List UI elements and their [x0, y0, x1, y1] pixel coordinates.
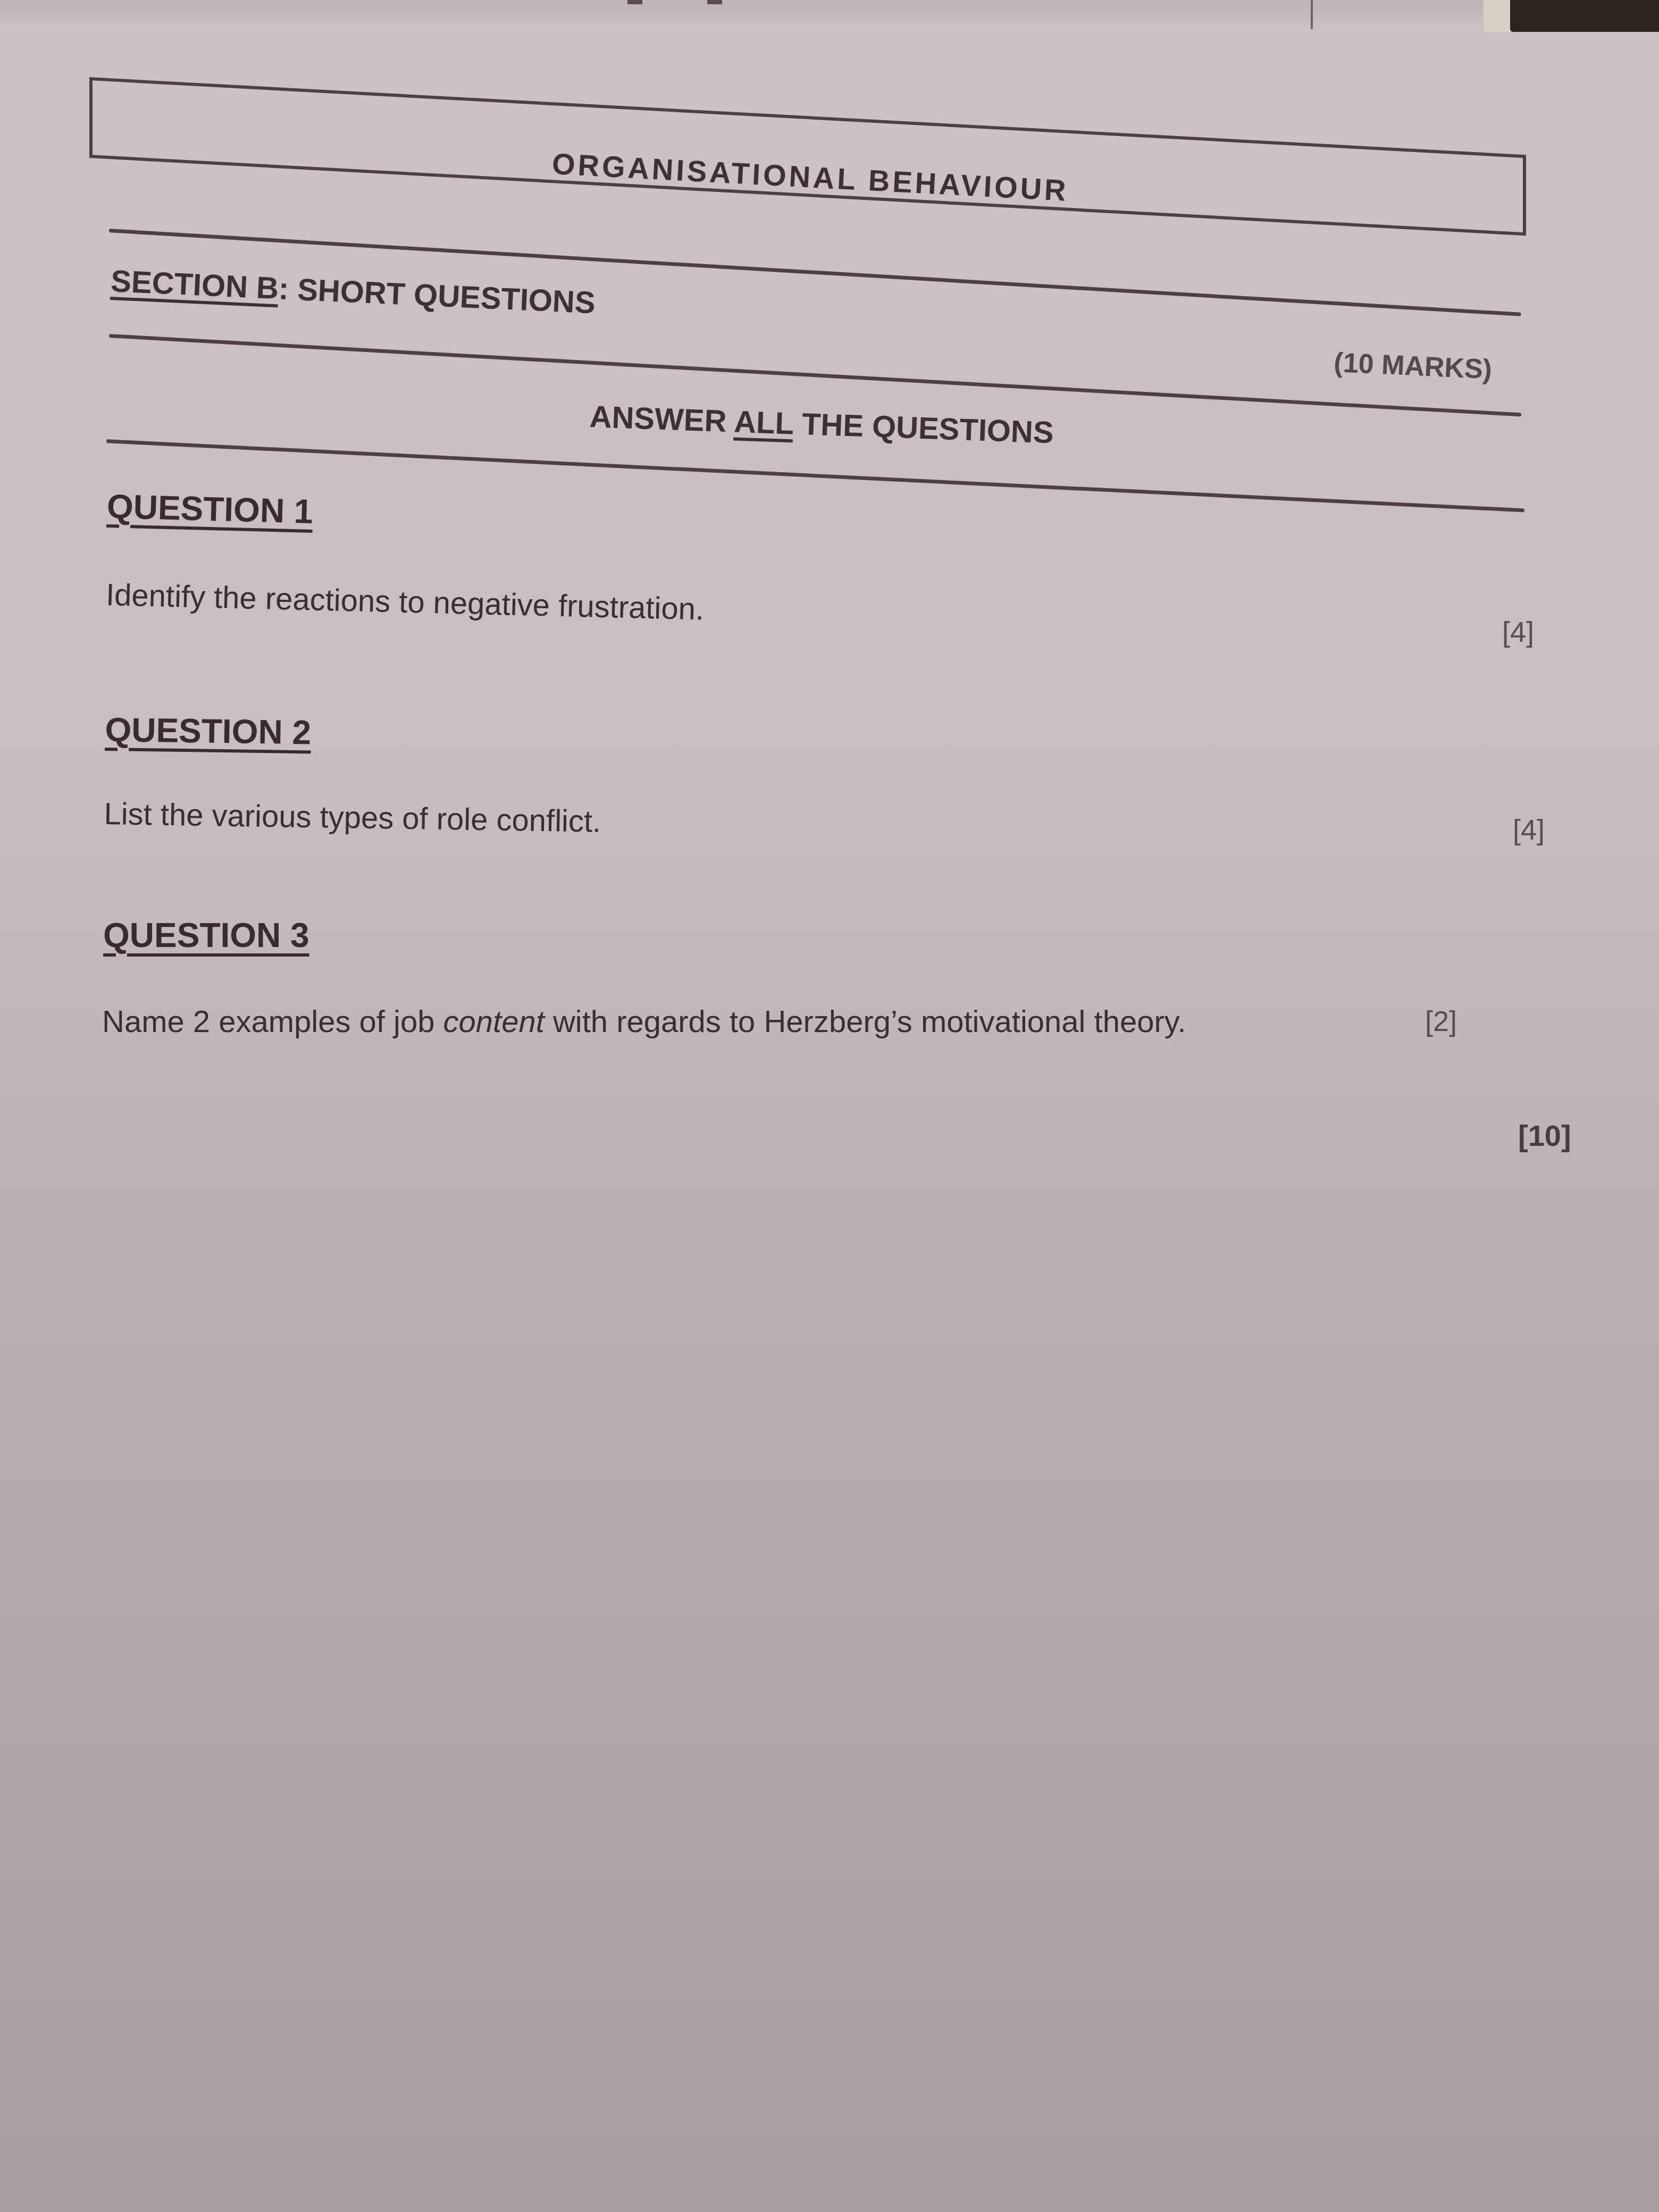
question-3-marks: [2] — [1425, 1005, 1457, 1038]
instruction-emphasis: ALL — [733, 404, 794, 441]
page-top-shadow — [0, 0, 1659, 32]
question-1-heading: QUESTION 1 — [106, 487, 313, 531]
question-3-text-after: with regards to Herzberg’s motivational … — [544, 1004, 1186, 1039]
paper-crease — [1311, 0, 1313, 29]
section-label: SECTION B — [110, 264, 279, 306]
question-1-marks: [4] — [1502, 616, 1534, 649]
total-marks: [10] — [1518, 1118, 1571, 1153]
background-dark-corner — [1510, 0, 1659, 32]
section-heading: SECTION B: SHORT QUESTIONS — [110, 263, 596, 321]
instruction-prefix: ANSWER — [589, 399, 735, 439]
exam-page: ORGANISATIONAL BEHAVIOUR SECTION B: SHOR… — [0, 0, 1659, 2212]
question-2-marks: [4] — [1513, 814, 1545, 847]
section-marks: (10 MARKS) — [1333, 347, 1493, 386]
question-3-text-before: Name 2 examples of job — [102, 1004, 443, 1039]
background-edge — [1484, 0, 1510, 32]
question-3-heading: QUESTION 3 — [103, 916, 309, 955]
title-box — [89, 77, 1526, 236]
divider-line — [109, 334, 1521, 416]
previous-page-text-fragment — [627, 0, 642, 4]
question-2-heading: QUESTION 2 — [105, 710, 312, 752]
question-3-text-italic: content — [443, 1004, 544, 1039]
section-label-rest: : SHORT QUESTIONS — [278, 271, 596, 320]
instruction-line: ANSWER ALL THE QUESTIONS — [589, 399, 1054, 450]
instruction-suffix: THE QUESTIONS — [793, 406, 1054, 450]
divider-line — [106, 439, 1524, 512]
previous-page-text-fragment — [707, 0, 722, 4]
question-1-text: Identify the reactions to negative frust… — [105, 577, 705, 627]
question-2-text: List the various types of role conflict. — [104, 796, 601, 840]
question-3-text: Name 2 examples of job content with rega… — [102, 1004, 1186, 1040]
